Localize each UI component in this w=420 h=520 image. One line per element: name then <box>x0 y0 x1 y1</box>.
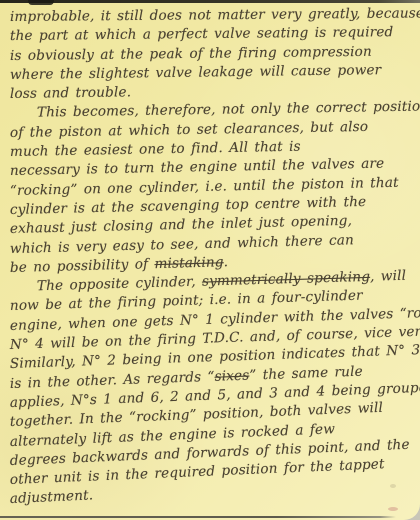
text-segment: loss and trouble. <box>10 84 131 102</box>
struck-word: mistaking <box>154 254 224 272</box>
text-segment: be no possibility of <box>10 256 155 276</box>
scan-edge-top <box>0 0 420 3</box>
text-segment: adjustment. <box>10 488 94 508</box>
struck-word: sixes <box>214 367 249 384</box>
handwriting-text: improbable, it still does not matter ver… <box>10 8 417 510</box>
text-segment: is obviously at the peak of the firing c… <box>10 43 372 63</box>
text-segment: improbable, it still does not matter ver… <box>10 5 420 25</box>
text-segment: , will <box>370 268 406 285</box>
scan-edge-blob <box>28 0 54 5</box>
paper-smudge <box>390 484 396 488</box>
text-segment: ” the same rule <box>249 363 363 383</box>
scan-edge-bottom <box>0 516 396 519</box>
text-segment: . <box>223 254 228 270</box>
text-segment: the part at which a perfect valve seatin… <box>10 24 394 44</box>
pink-smudge <box>388 507 398 511</box>
paper-page: improbable, it still does not matter ver… <box>0 0 420 520</box>
